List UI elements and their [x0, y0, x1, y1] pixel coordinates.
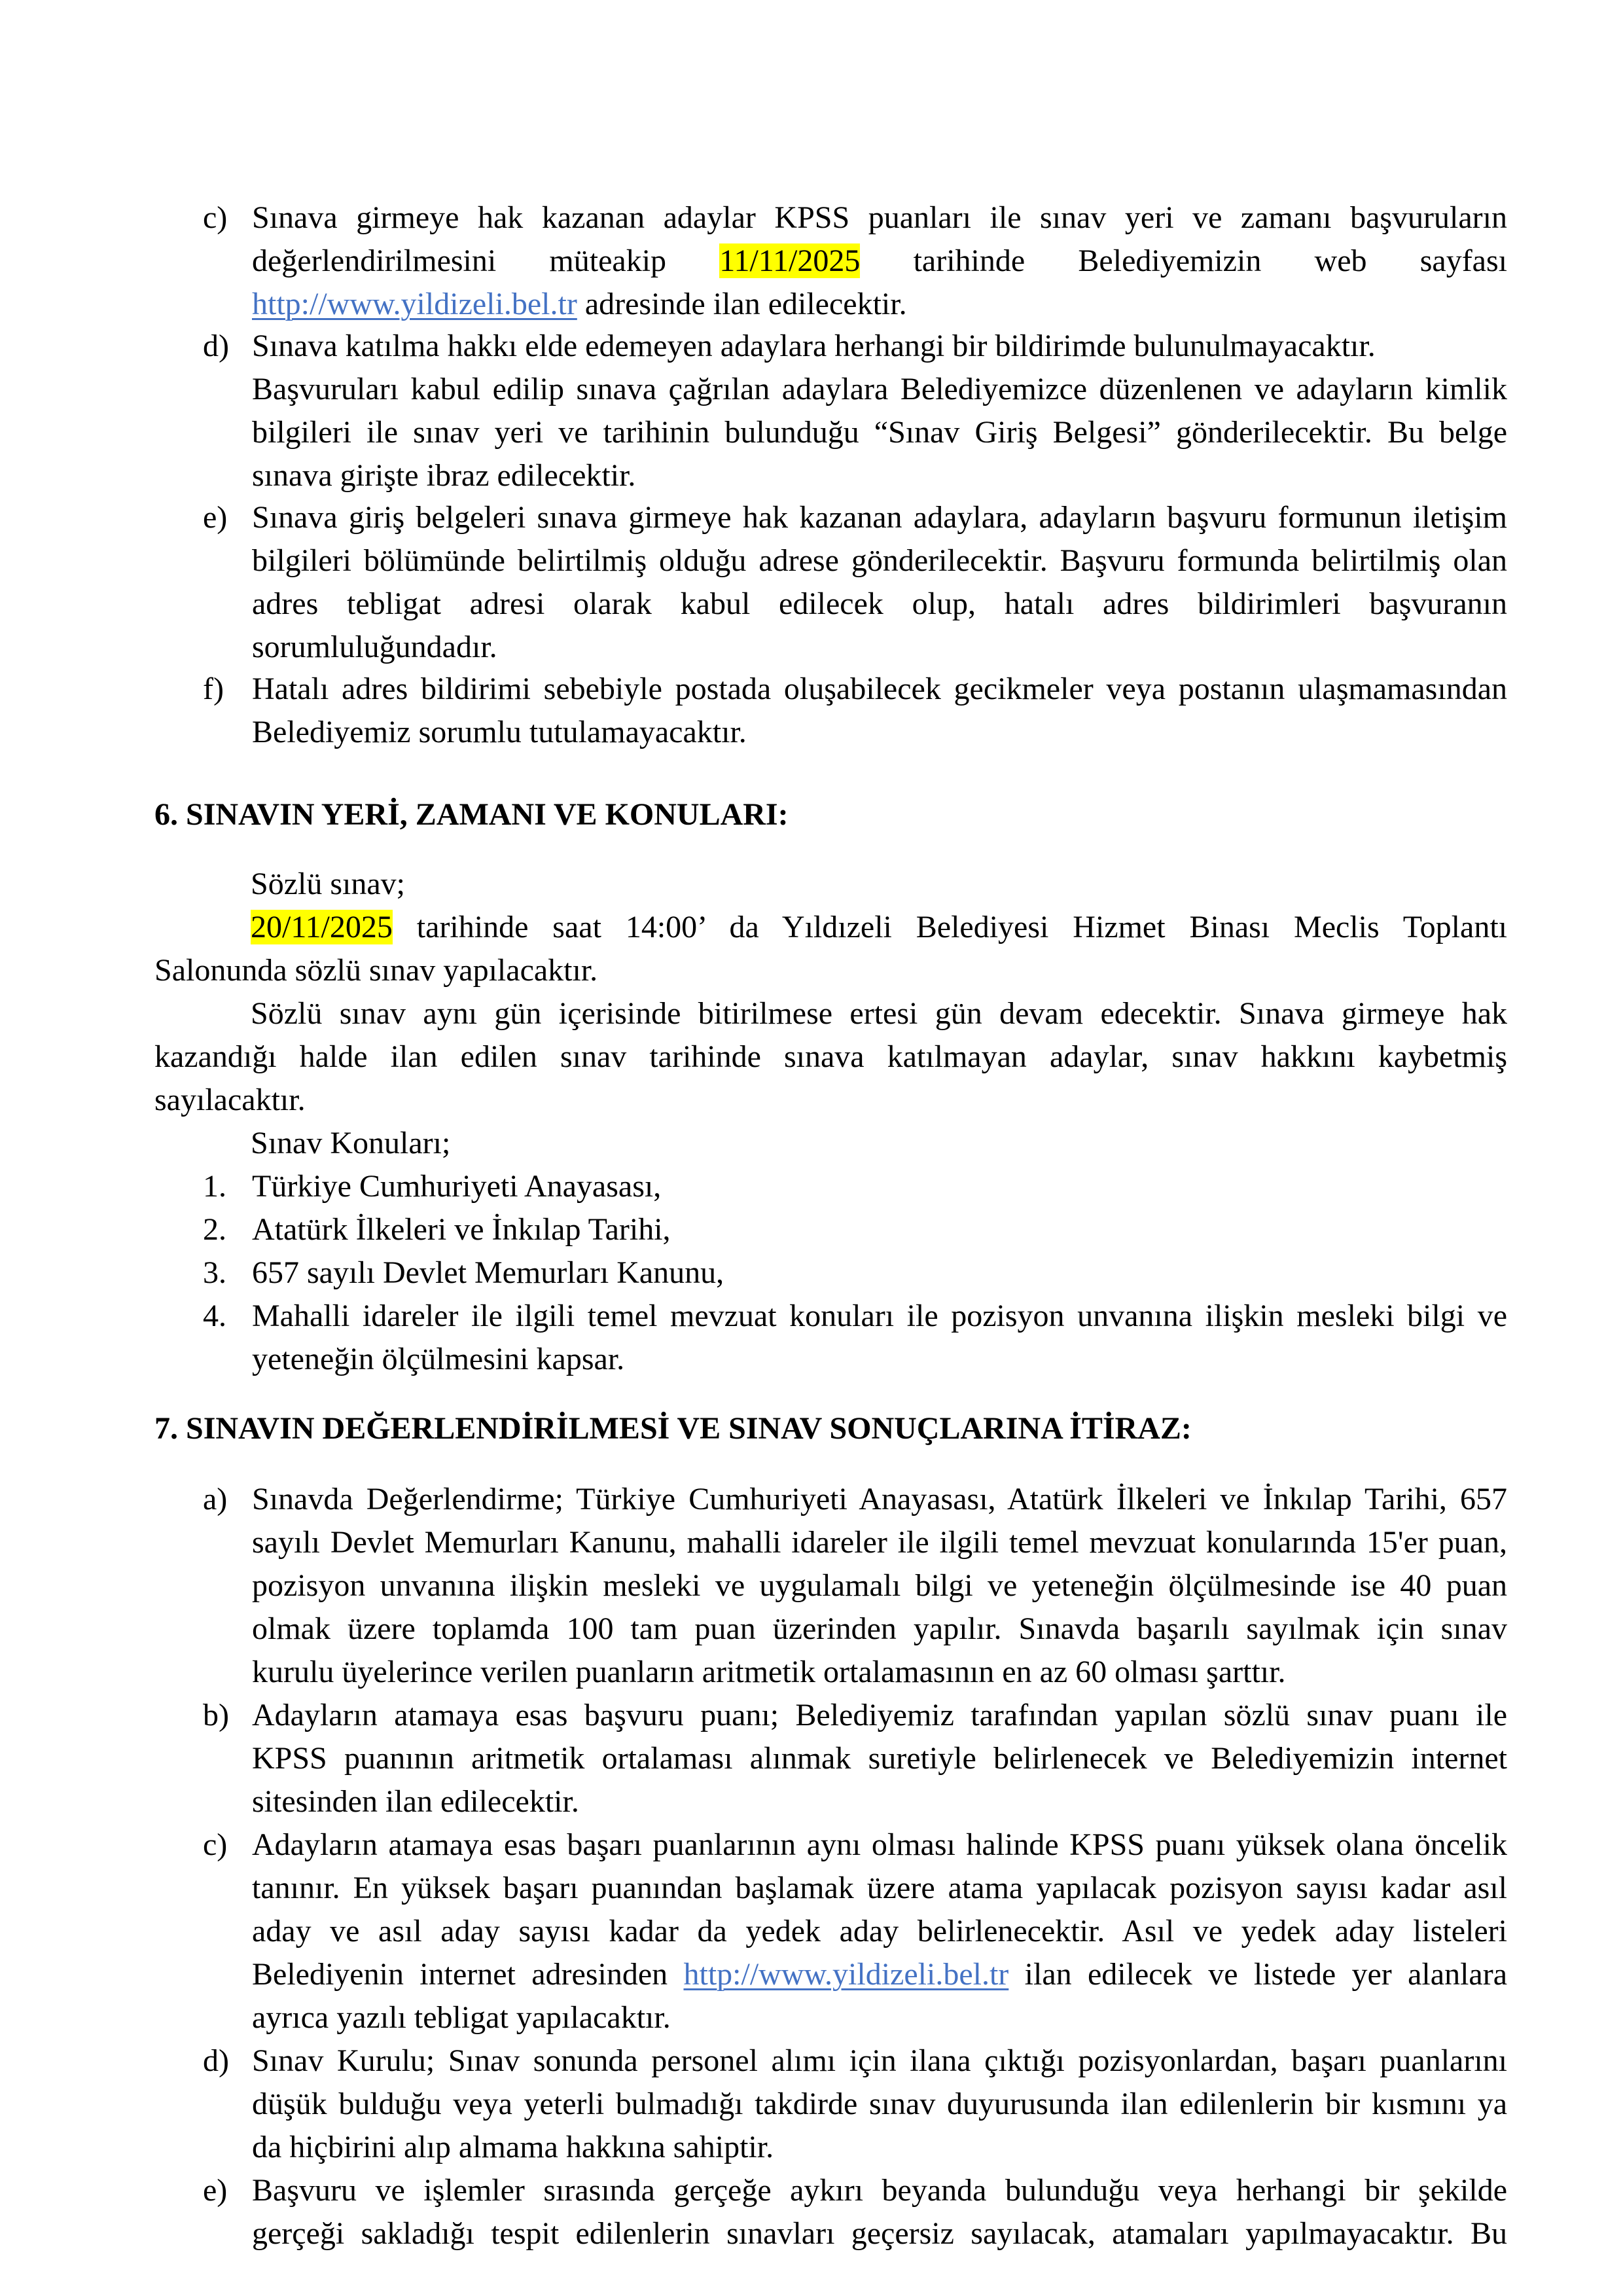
list-number: 1. [203, 1165, 226, 1208]
paragraph-line: Sınava girmeye hak kazanan adaylar KPSS … [252, 196, 1507, 240]
document-page: c) Sınava girmeye hak kazanan adaylar KP… [0, 0, 1623, 2296]
paragraph-line: Sınava katılma hakkı elde edemeyen adayl… [252, 325, 1376, 368]
paragraph-line: değerlendirilmesini müteakip 11/11/2025 … [252, 240, 1507, 283]
list-number: 4. [203, 1295, 226, 1338]
item-label: f) [203, 668, 224, 711]
paragraph-line: sorumluluğundadır. [252, 626, 497, 669]
paragraph-line: Belediyenin internet adresinden http://w… [252, 1953, 1507, 1996]
paragraph-line: Belediyemiz sorumlu tutulamayacaktır. [252, 711, 747, 754]
paragraph-line: sitesinden ilan edilecektir. [252, 1780, 579, 1823]
highlighted-date: 11/11/2025 [719, 243, 860, 278]
list-number: 2. [203, 1208, 226, 1251]
list-item: Mahalli idareler ile ilgili temel mevzua… [252, 1295, 1507, 1338]
list-item: Türkiye Cumhuriyeti Anayasası, [252, 1165, 661, 1208]
topics-label: Sınav Konuları; [251, 1122, 450, 1165]
website-link[interactable]: http://www.yildizeli.bel.tr [683, 1957, 1008, 1992]
item-label: e) [203, 496, 227, 539]
paragraph-line: pozisyon unvanına ilişkin mesleki ve uyg… [252, 1564, 1507, 1607]
item-label: c) [203, 1823, 227, 1867]
paragraph-line: Hatalı adres bildirimi sebebiyle postada… [252, 668, 1507, 711]
paragraph-line: Sınavda Değerlendirme; Türkiye Cumhuriye… [252, 1478, 1507, 1521]
oral-exam-label: Sözlü sınav; [251, 863, 405, 906]
highlighted-date: 20/11/2025 [251, 910, 393, 944]
item-label: d) [203, 325, 229, 368]
paragraph-line: aday ve asıl aday sayısı kadar da yedek … [252, 1910, 1507, 1953]
paragraph-line: gerçeği sakladığı tespit edilenlerin sın… [252, 2212, 1507, 2255]
paragraph-line: Sınav Kurulu; Sınav sonunda personel alı… [252, 2039, 1507, 2083]
paragraph-line: kurulu üyelerince verilen puanların arit… [252, 1651, 1285, 1694]
section-heading-6: 6. SINAVIN YERİ, ZAMANI VE KONULARI: [154, 793, 789, 836]
paragraph-line: Başvuru ve işlemler sırasında gerçeğe ay… [252, 2169, 1507, 2212]
item-label: e) [203, 2169, 227, 2212]
paragraph-line: Adayların atamaya esas başvuru puanı; Be… [252, 1694, 1507, 1737]
paragraph-line: sınava girişte ibraz edilecektir. [252, 454, 635, 497]
paragraph-line: KPSS puanının aritmetik ortalaması alınm… [252, 1737, 1507, 1780]
item-label: a) [203, 1478, 227, 1521]
paragraph-line: sayılacaktır. [154, 1079, 306, 1122]
paragraph-line: ayrıca yazılı tebligat yapılacaktır. [252, 1996, 671, 2039]
paragraph-line: Sözlü sınav aynı gün içerisinde bitirilm… [251, 992, 1507, 1035]
paragraph-line: kazandığı halde ilan edilen sınav tarihi… [154, 1035, 1507, 1079]
paragraph-line: Adayların atamaya esas başarı puanlarını… [252, 1823, 1507, 1867]
list-item: Atatürk İlkeleri ve İnkılap Tarihi, [252, 1208, 671, 1251]
paragraph-line: bilgileri bölümünde belirtilmiş olduğu a… [252, 539, 1507, 583]
website-link[interactable]: http://www.yildizeli.bel.tr [252, 287, 577, 321]
paragraph-line: sayılı Devlet Memurları Kanunu, mahalli … [252, 1521, 1507, 1564]
list-item-continuation: yeteneğin ölçülmesini kapsar. [252, 1338, 624, 1381]
paragraph-line: 20/11/2025 tarihinde saat 14:00’ da Yıld… [251, 906, 1507, 949]
paragraph-line: Başvuruları kabul edilip sınava çağrılan… [252, 368, 1507, 411]
item-label: b) [203, 1694, 229, 1737]
paragraph-line: da hiçbirini alıp almama hakkına sahipti… [252, 2126, 774, 2169]
item-label: d) [203, 2039, 229, 2083]
paragraph-line: http://www.yildizeli.bel.tr adresinde il… [252, 283, 907, 326]
section-heading-7: 7. SINAVIN DEĞERLENDİRİLMESİ VE SINAV SO… [154, 1407, 1192, 1450]
paragraph-line: adres tebligat adresi olarak kabul edile… [252, 583, 1507, 626]
paragraph-line: Salonunda sözlü sınav yapılacaktır. [154, 949, 597, 992]
paragraph-line: tanınır. En yüksek başarı puanından başl… [252, 1867, 1507, 1910]
list-item: 657 sayılı Devlet Memurları Kanunu, [252, 1251, 724, 1295]
paragraph-line: bilgileri ile sınav yeri ve tarihinin bu… [252, 411, 1507, 454]
paragraph-line: Sınava giriş belgeleri sınava girmeye ha… [252, 496, 1507, 539]
paragraph-line: olmak üzere toplamda 100 tam puan üzerin… [252, 1607, 1507, 1651]
paragraph-line: düşük bulduğu veya yeterli bulmadığı tak… [252, 2083, 1507, 2126]
item-label: c) [203, 196, 227, 240]
list-number: 3. [203, 1251, 226, 1295]
